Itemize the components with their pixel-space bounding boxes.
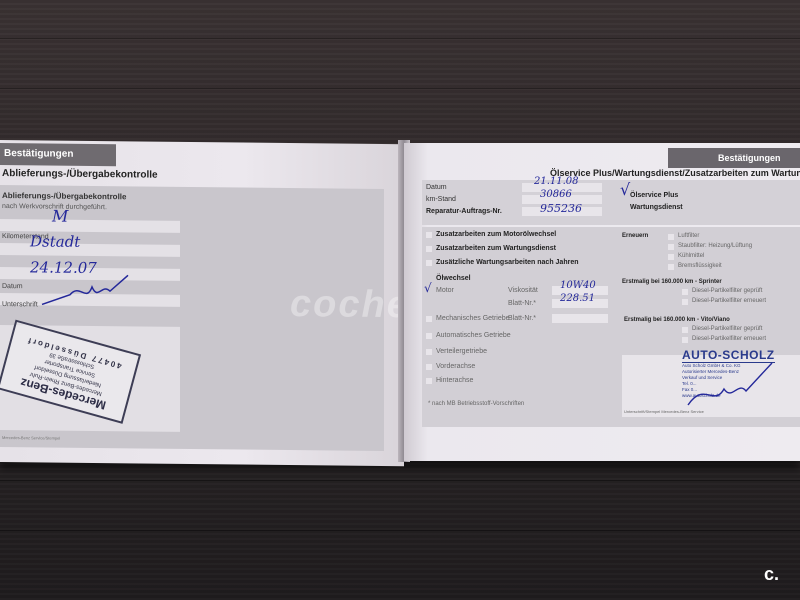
additional-work-oil: Zusatzarbeiten zum Motorölwechsel [436,231,556,238]
checkbox [426,260,432,266]
checkbox [668,264,674,270]
initials-field [0,219,180,233]
sheet-label-2: Blatt-Nr.* [508,315,536,322]
checkbox [668,244,674,250]
right-page-tab: Bestätigungen [668,148,800,168]
vito-dpf-checked: Diesel-Partikelfilter geprüft [692,326,762,332]
stamp-caption: Mercedes-Benz Service/Stempel [2,435,60,441]
signature-scribble [40,272,130,309]
order-number-label: Reparatur-Auftrags-Nr. [426,208,502,215]
left-page-heading: Ablieferungs-/Übergabekontrolle [2,168,158,181]
km-value: 30866 [540,189,572,200]
viscosity-label: Viskosität [508,287,538,294]
checkbox [668,254,674,260]
vito-title: Erstmalig bei 160.000 km - Vito/Viano [624,317,730,323]
renew-coolant: Kühlmittel [678,253,704,259]
sheet-label: Blatt-Nr.* [508,300,536,307]
checkbox [426,364,432,370]
sheet-field-2 [552,314,608,323]
checkbox [426,316,432,322]
checkbox [668,234,674,240]
checkbox [682,289,688,295]
checkbox [682,327,688,333]
renew-label: Erneuern [622,233,648,239]
km-label: km-Stand [426,196,456,203]
date-label: Datum [2,283,23,290]
site-logo: c. [764,564,779,585]
checkbox [426,349,432,355]
sprinter-dpf-checked: Diesel-Partikelfilter geprüft [692,288,762,294]
order-number-value: 955236 [540,202,582,215]
checkmark-icon: √ [424,281,432,295]
handwritten-initials: M [52,207,68,226]
checkbox [682,299,688,305]
right-page-heading: Ölservice Plus/Wartungsdienst/Zusatzarbe… [550,168,800,178]
oil-motor: Motor [436,287,454,294]
odometer-field [0,243,180,257]
checkbox [426,232,432,238]
oil-auto-gearbox: Automatisches Getriebe [436,332,511,339]
oil-manual-gearbox: Mechanisches Getriebe [436,315,510,322]
footnote: * nach MB Betriebsstoff-Vorschriften [428,401,524,407]
wood-table-background: Bestätigungen Ablieferungs-/Übergabekont… [0,0,800,600]
oil-front-axle: Vorderachse [436,363,475,370]
date-label: Datum [426,184,447,191]
checkbox [682,337,688,343]
left-page: Bestätigungen Ablieferungs-/Übergabekont… [0,140,404,466]
checkbox [426,378,432,384]
maintenance-service-option: Wartungsdienst [630,204,683,211]
checkbox [426,246,432,252]
renew-brake-fluid: Bremsflüssigkeit [678,263,722,269]
oil-service-plus-option: Ölservice Plus [630,192,678,199]
right-page: Bestätigungen Ölservice Plus/Wartungsdie… [404,143,800,461]
oil-change-title: Ölwechsel [436,275,471,282]
sprinter-title: Erstmalig bei 160.000 km - Sprinter [622,279,722,285]
panel-title: Ablieferungs-/Übergabekontrolle [2,191,126,201]
handwritten-odometer: Dstadt [30,232,80,251]
oil-rear-axle: Hinterachse [436,377,473,384]
renew-air-filter: Luftfilter [678,233,699,239]
date-value: 21.11.08 [534,176,579,187]
signature-label: Unterschrift [2,301,38,308]
viscosity-value: 10W40 [560,280,596,291]
additional-work-maintenance: Zusatzarbeiten zum Wartungsdienst [436,245,556,252]
dealer-signature-scribble [684,361,774,411]
renew-dust-filter: Staubfilter: Heizung/Lüftung [678,243,752,249]
checkbox [426,333,432,339]
checkmark-icon: √ [620,180,630,199]
service-info-panel: Datum km-Stand Reparatur-Auftrags-Nr. 21… [422,180,800,225]
sheet-value: 228.51 [560,293,595,304]
vito-dpf-renewed: Diesel-Partikelfilter erneuert [692,336,766,342]
oil-transfer-case: Verteilergetriebe [436,348,487,355]
additional-work-years: Zusätzliche Wartungsarbeiten nach Jahren [436,259,579,266]
left-page-tab: Bestätigungen [0,143,116,166]
dealer-caption: Unterschrift/Stempel Mercedes-Benz Servi… [624,409,704,414]
sprinter-dpf-renewed: Diesel-Partikelfilter erneuert [692,298,766,304]
